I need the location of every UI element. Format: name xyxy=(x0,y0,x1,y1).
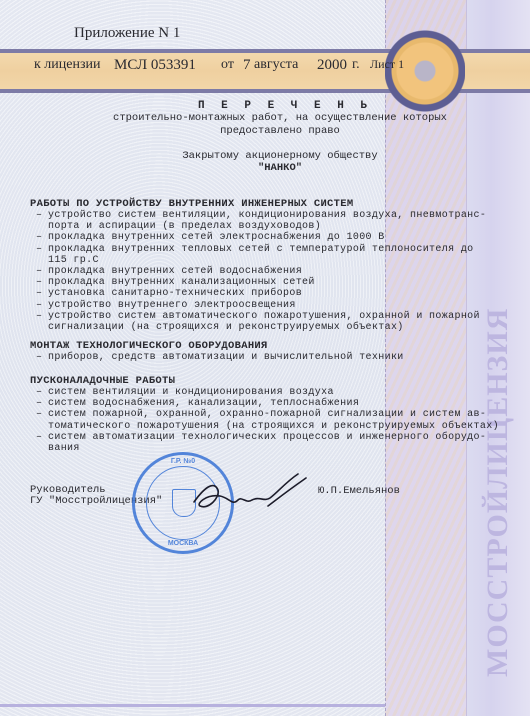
list-item: –систем автоматизации технологических пр… xyxy=(36,432,526,454)
document-title: П Е Р Е Ч Е Н Ь xyxy=(0,100,530,112)
date-year: 2000 xyxy=(317,57,347,74)
list-item: –приборов, средств автоматизации и вычис… xyxy=(36,352,526,363)
bottom-border-line xyxy=(0,704,385,707)
section-list: –устройство систем вентиляции, кондицион… xyxy=(36,210,526,333)
list-item: –устройство систем автоматического пожар… xyxy=(36,311,526,333)
recipient-name: "НАНКО" xyxy=(90,162,470,174)
subtitle-line: предоставлено право xyxy=(90,125,470,138)
document-subtitle: строительно-монтажных работ, на осуществ… xyxy=(90,112,470,138)
appendix-label: Приложение N 1 xyxy=(74,25,180,42)
date-month: августа xyxy=(254,57,298,73)
list-item: –установка санитарно-технических приборо… xyxy=(36,288,526,299)
list-item: –устройство систем вентиляции, кондицион… xyxy=(36,210,526,232)
date-day: 7 xyxy=(243,57,251,74)
section-list: –систем вентиляции и кондиционирования в… xyxy=(36,387,526,454)
stamp-registration: Г.Р. №0 xyxy=(135,458,231,465)
list-item: –прокладка внутренних тепловых сетей с т… xyxy=(36,244,526,266)
section-heading: ПУСКОНАЛАДОЧНЫЕ РАБОТЫ xyxy=(30,375,175,387)
list-item: –прокладка внутренних канализационных се… xyxy=(36,277,526,288)
section-list: –приборов, средств автоматизации и вычис… xyxy=(36,352,526,363)
license-number: МСЛ 053391 xyxy=(114,57,196,74)
list-item: –систем водоснабжения, канализации, тепл… xyxy=(36,398,526,409)
handwritten-signature-icon xyxy=(190,470,310,520)
subtitle-line: строительно-монтажных работ, на осуществ… xyxy=(90,112,470,125)
license-prefix: к лицензии xyxy=(34,57,101,73)
license-appendix-document: МОССТРОЙЛИЦЕНЗИЯ Приложение N 1 к лиценз… xyxy=(0,0,530,716)
recipient-organization: Закрытому акционерному обществу "НАНКО" xyxy=(90,150,470,174)
signatory-name: Ю.П.Емельянов xyxy=(318,485,400,497)
list-item: –прокладка внутренних сетей электроснабж… xyxy=(36,232,526,243)
section-heading: РАБОТЫ ПО УСТРОЙСТВУ ВНУТРЕННИХ ИНЖЕНЕРН… xyxy=(30,198,353,210)
section-heading: МОНТАЖ ТЕХНОЛОГИЧЕСКОГО ОБОРУДОВАНИЯ xyxy=(30,340,268,352)
list-item: –систем пожарной, охранной, охранно-пожа… xyxy=(36,409,526,431)
stamp-city: МОСКВА xyxy=(135,540,231,547)
list-item: –систем вентиляции и кондиционирования в… xyxy=(36,387,526,398)
list-item: –прокладка внутренних сетей водоснабжени… xyxy=(36,266,526,277)
date-prefix: от xyxy=(221,57,234,73)
recipient-line: Закрытому акционерному обществу xyxy=(90,150,470,162)
list-item: –устройство внутреннего электроосвещения xyxy=(36,300,526,311)
sheet-number: Лист 1 xyxy=(370,57,404,72)
year-suffix: г. xyxy=(352,57,360,73)
